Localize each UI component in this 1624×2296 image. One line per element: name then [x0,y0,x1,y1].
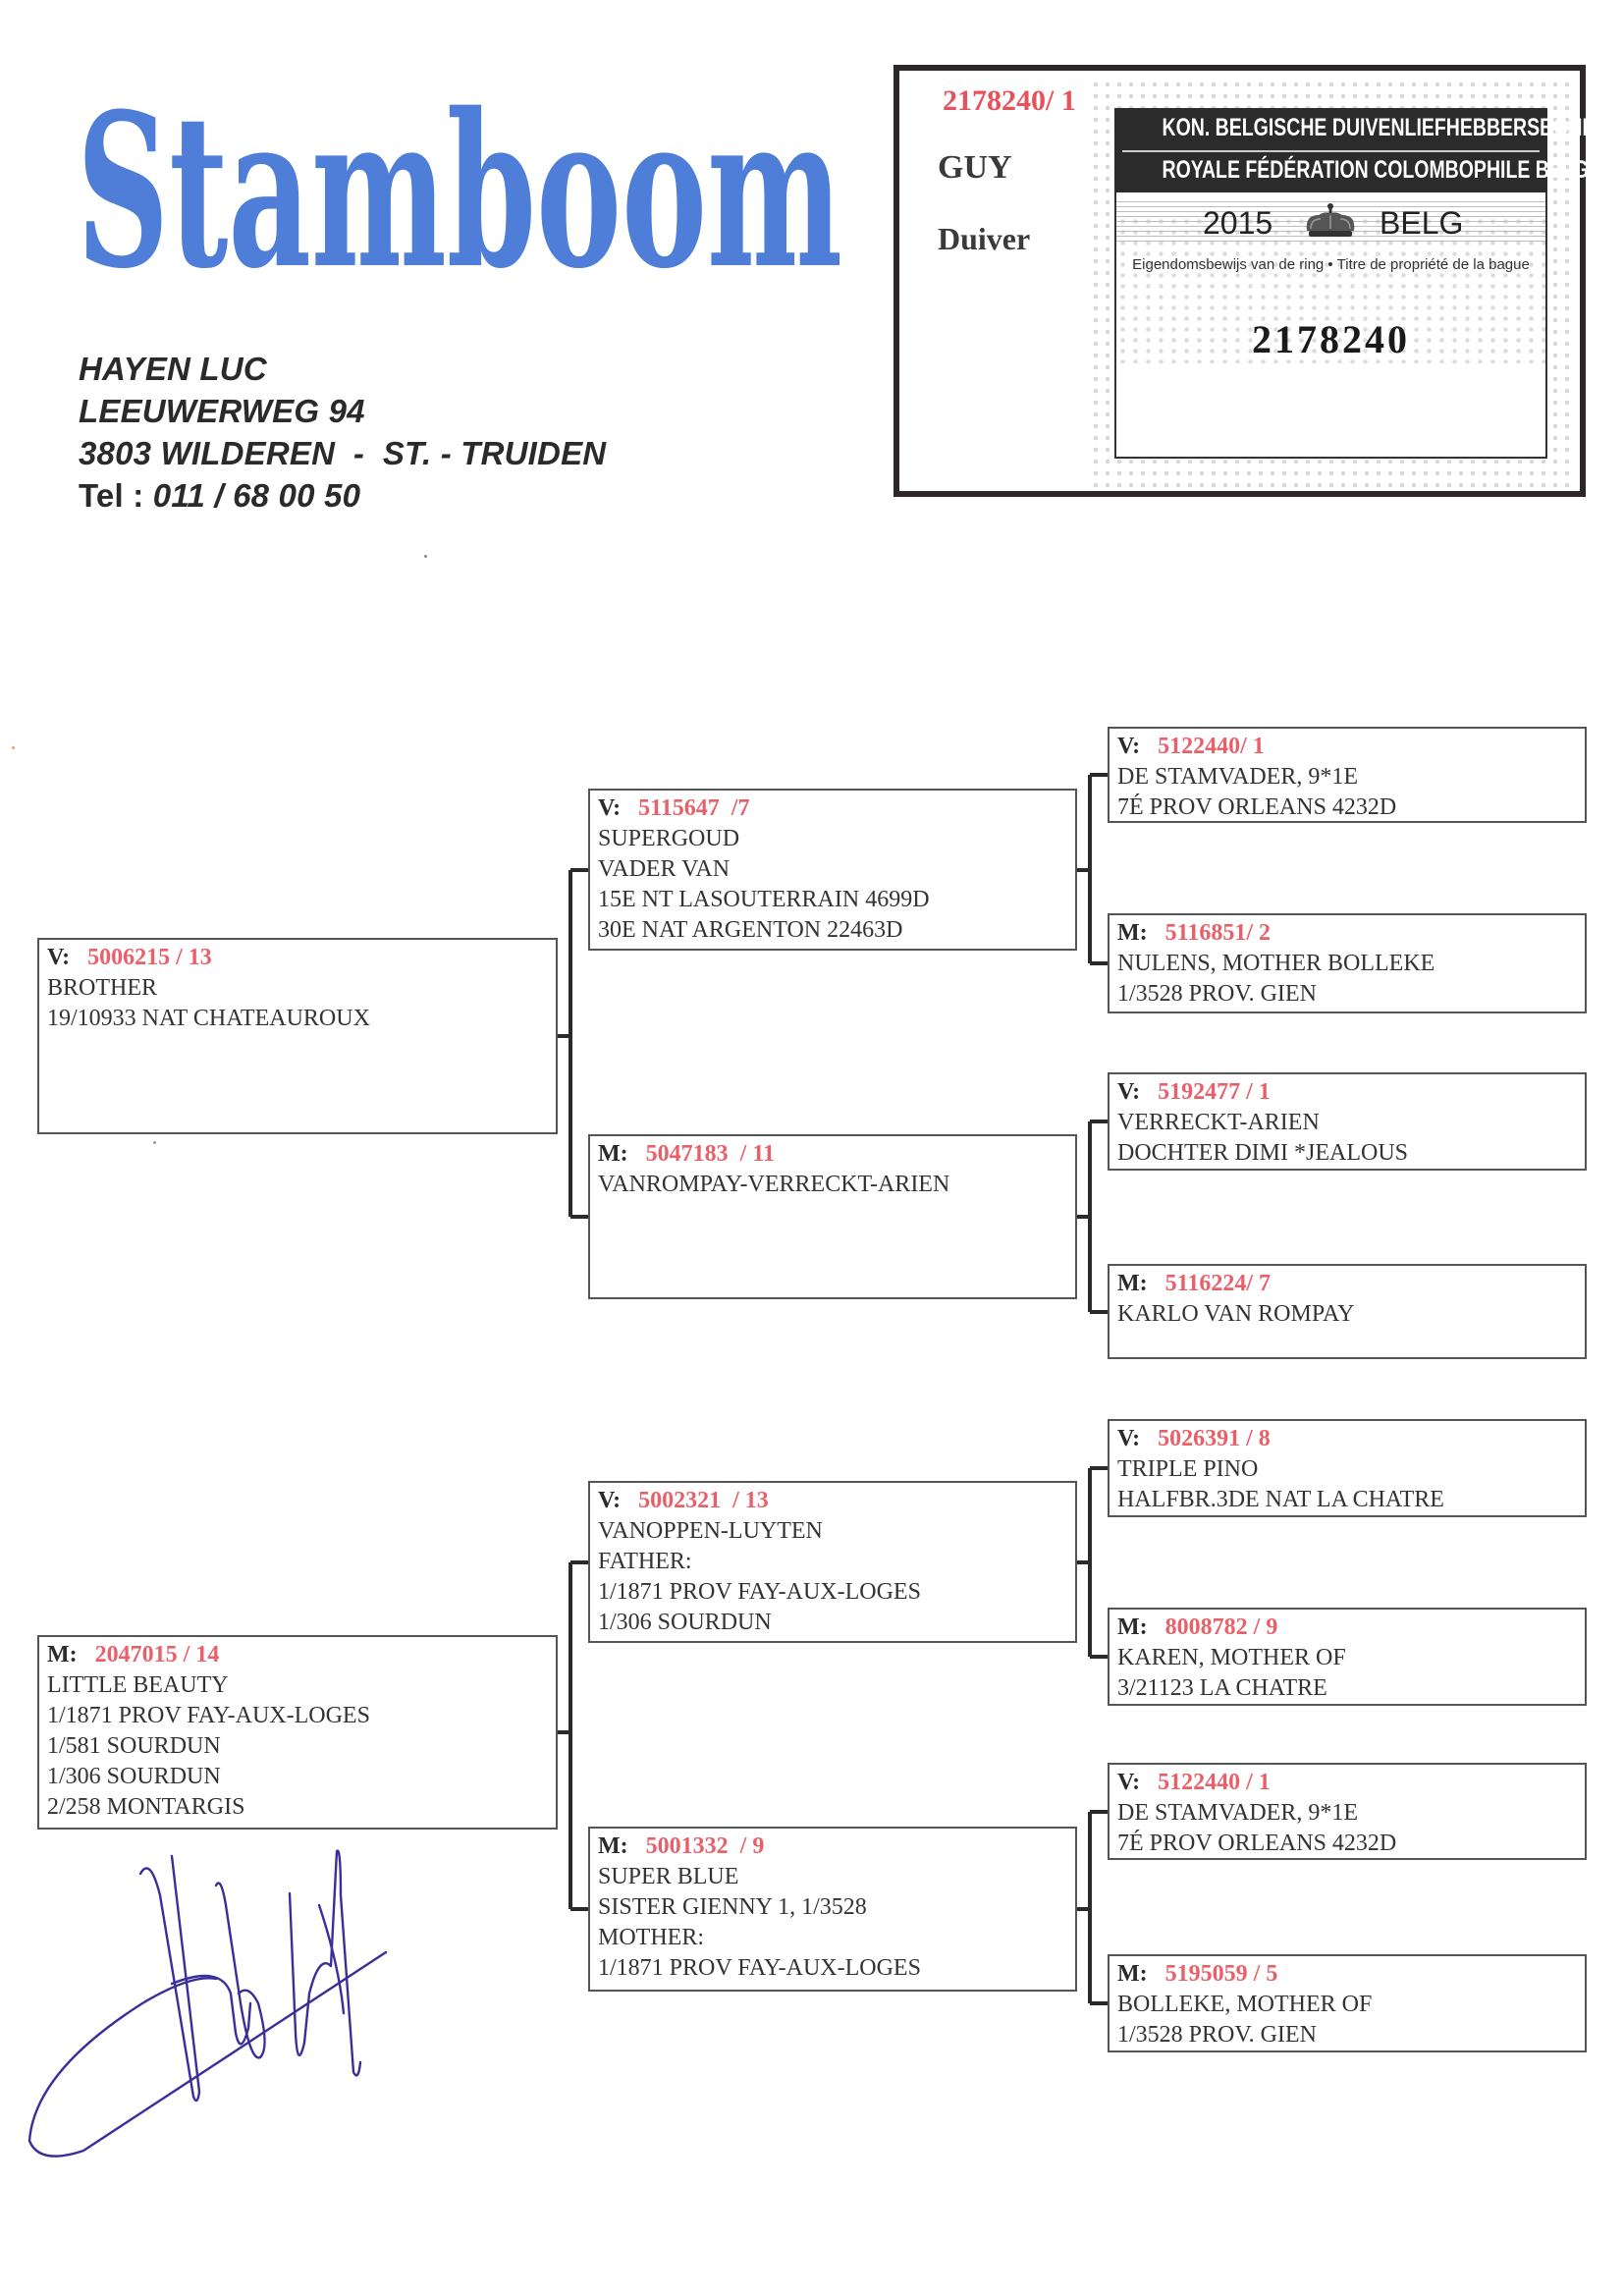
sex-label: M: [1117,1271,1148,1296]
pigeon-header: M: 2047015 / 14 [47,1640,548,1670]
pigeon-detail: DE STAMVADER, 9*1E [1117,762,1577,793]
federation-name-fr: ROYALE FÉDÉRATION COLOMBOPHILE BELGE [1163,156,1500,185]
tree-connector [568,1562,572,1910]
pedigree-box-great-grandparent: M: 5116851/ 2NULENS, MOTHER BOLLEKE1/352… [1108,913,1587,1013]
ring-number: 5001332 / 9 [646,1833,765,1859]
tree-connector [1090,1810,1108,1814]
pigeon-detail: 30E NAT ARGENTON 22463D [598,915,1067,946]
pedigree-box-parent: V: 5006215 / 13BROTHER19/10933 NAT CHATE… [37,938,558,1134]
sex-label: M: [1117,1961,1148,1987]
document-title: Stamboom [69,54,854,309]
pigeon-detail: FATHER: [598,1547,1067,1577]
pigeon-header: V: 5192477 / 1 [1117,1077,1577,1108]
pedigree-box-great-grandparent: V: 5026391 / 8TRIPLE PINOHALFBR.3DE NAT … [1108,1419,1587,1517]
pigeon-detail: BROTHER [47,973,548,1004]
tree-connector [1090,1466,1108,1470]
pigeon-header: M: 5047183 / 11 [598,1139,1067,1170]
spacer [1148,1961,1165,1987]
sex-label: V: [598,795,621,821]
tree-connector [1088,775,1092,963]
pigeon-detail: 15E NT LASOUTERRAIN 4699D [598,885,1067,915]
pigeon-detail: 1/581 SOURDUN [47,1731,548,1762]
owner-name: HAYEN LUC [79,351,267,388]
pedigree-box-grandparent: V: 5115647 /7SUPERGOUDVADER VAN15E NT LA… [588,789,1077,951]
pigeon-detail: SISTER GIENNY 1, 1/3528 [598,1892,1067,1923]
pedigree-box-parent: M: 2047015 / 14LITTLE BEAUTY1/1871 PROV … [37,1635,558,1830]
tree-connector [1088,1812,1092,2004]
owner-city-text: 3803 WILDEREN - ST. - TRUIDEN [79,435,606,471]
owner-street: LEEUWERWEG 94 [79,393,365,430]
pigeon-detail: MOTHER: [598,1923,1067,1953]
spacer [1140,734,1158,759]
spacer [1140,1079,1158,1105]
pigeon-detail: 1/1871 PROV FAY-AUX-LOGES [598,1953,1067,1984]
ring-year: 2015 [1203,205,1272,242]
pigeon-detail: SUPER BLUE [598,1862,1067,1892]
ring-number: 5047183 / 11 [646,1141,775,1167]
pedigree-box-grandparent: M: 5001332 / 9SUPER BLUESISTER GIENNY 1,… [588,1827,1077,1992]
pigeon-detail: KARLO VAN ROMPAY [1117,1299,1577,1330]
pedigree-box-great-grandparent: V: 5122440 / 1DE STAMVADER, 9*1E7É PROV … [1108,1763,1587,1860]
pigeon-ring-code: 2178240/ 1 [943,84,1076,118]
pigeon-name: GUY [938,149,1012,187]
banner-divider [1122,150,1540,152]
pigeon-detail: 3/21123 LA CHATRE [1117,1673,1577,1704]
pigeon-detail: 7É PROV ORLEANS 4232D [1117,793,1577,823]
ring-number: 5115647 /7 [638,795,749,821]
spacer [70,945,87,970]
federation-banner: KON. BELGISCHE DUIVENLIEFHEBBERSBOND ROY… [1114,108,1547,192]
phone-label: Tel : [79,477,153,514]
tree-connector [570,1560,588,1564]
pedigree-box-grandparent: M: 5047183 / 11VANROMPAY-VERRECKT-ARIEN [588,1134,1077,1299]
spacer [1148,1271,1165,1296]
pigeon-detail: 2/258 MONTARGIS [47,1792,548,1823]
svg-text:Stamboom: Stamboom [77,67,842,309]
tree-connector [570,1907,588,1911]
pigeon-header: M: 5001332 / 9 [598,1831,1067,1862]
sex-label: V: [598,1488,621,1513]
pigeon-header: V: 5122440/ 1 [1117,732,1577,762]
tree-connector [1090,773,1108,777]
ring-number: 5122440 / 1 [1158,1770,1271,1795]
sex-label: V: [1117,734,1140,759]
pigeon-header: V: 5115647 /7 [598,793,1067,824]
pigeon-detail: SUPERGOUD [598,824,1067,854]
pigeon-detail: VADER VAN [598,854,1067,885]
tree-connector [1090,1120,1108,1123]
ring-number: 5116851/ 2 [1165,920,1271,946]
pigeon-detail: KAREN, MOTHER OF [1117,1643,1577,1673]
pigeon-detail: VANOPPEN-LUYTEN [598,1516,1067,1547]
pigeon-detail: VERRECKT-ARIEN [1117,1108,1577,1138]
ring-number: 5122440/ 1 [1158,734,1265,759]
sex-label: V: [1117,1426,1140,1451]
tree-connector [1090,961,1108,965]
tree-connector [570,868,588,872]
pigeon-detail: BOLLEKE, MOTHER OF [1117,1990,1577,2020]
pigeon-detail: DE STAMVADER, 9*1E [1117,1798,1577,1829]
federation-name-nl: KON. BELGISCHE DUIVENLIEFHEBBERSBOND [1163,114,1500,142]
ring-country: BELG [1380,205,1463,242]
tree-connector [1088,1121,1092,1312]
sex-label: M: [1117,920,1148,946]
pigeon-detail: LITTLE BEAUTY [47,1670,548,1701]
pedigree-box-great-grandparent: V: 5192477 / 1VERRECKT-ARIENDOCHTER DIMI… [1108,1072,1587,1171]
pigeon-detail: NULENS, MOTHER BOLLEKE [1117,949,1577,979]
owner-phone: Tel : 011 / 68 00 50 [79,477,360,515]
tree-connector [568,870,572,1218]
spacer [628,1141,646,1167]
spacer [621,795,638,821]
pigeon-header: V: 5122440 / 1 [1117,1768,1577,1798]
pigeon-header: M: 5116224/ 7 [1117,1269,1577,1299]
sex-label: M: [47,1642,78,1667]
pigeon-header: V: 5026391 / 8 [1117,1424,1577,1454]
sex-label: V: [47,945,70,970]
crown-icon [1301,201,1360,243]
spacer [628,1833,646,1859]
owner-signature [25,1846,407,2170]
pedigree-box-grandparent: V: 5002321 / 13VANOPPEN-LUYTENFATHER:1/1… [588,1481,1077,1643]
spacer [1148,1614,1165,1640]
tree-connector [1090,1655,1108,1659]
pigeon-detail: TRIPLE PINO [1117,1454,1577,1485]
pigeon-detail: 19/10933 NAT CHATEAUROUX [47,1004,548,1034]
pigeon-header: M: 8008782 / 9 [1117,1613,1577,1643]
pigeon-header: V: 5002321 / 13 [598,1486,1067,1516]
ownership-legend: Eigendomsbewijs van de ring • Titre de p… [1116,256,1545,273]
pedigree-box-great-grandparent: V: 5122440/ 1DE STAMVADER, 9*1E7É PROV O… [1108,727,1587,823]
spacer [621,1488,638,1513]
pigeon-sex: Duiver [938,221,1030,257]
sex-label: M: [1117,1614,1148,1640]
spacer [78,1642,95,1667]
pigeon-detail: 1/1871 PROV FAY-AUX-LOGES [47,1701,548,1731]
sex-label: M: [598,1833,628,1859]
tree-connector [1090,1310,1108,1314]
pigeon-detail: 1/3528 PROV. GIEN [1117,2020,1577,2050]
ring-number: 5006215 / 13 [87,945,212,970]
pigeon-header: V: 5006215 / 13 [47,943,548,973]
pedigree-box-great-grandparent: M: 5116224/ 7KARLO VAN ROMPAY [1108,1264,1587,1359]
pigeon-detail: VANROMPAY-VERRECKT-ARIEN [598,1170,1067,1200]
ring-number: 5195059 / 5 [1165,1961,1278,1987]
pigeon-header: M: 5195059 / 5 [1117,1959,1577,1990]
ring-number: 2178240 [1116,316,1545,362]
spacer [1140,1426,1158,1451]
sex-label: M: [598,1141,628,1167]
spacer [1140,1770,1158,1795]
ring-number: 5026391 / 8 [1158,1426,1271,1451]
ring-number: 2047015 / 14 [95,1642,220,1667]
sex-label: V: [1117,1770,1140,1795]
ring-number: 5116224/ 7 [1165,1271,1271,1296]
pedigree-box-great-grandparent: M: 8008782 / 9KAREN, MOTHER OF3/21123 LA… [1108,1608,1587,1706]
pigeon-detail: DOCHTER DIMI *JEALOUS [1117,1138,1577,1169]
pigeon-detail: HALFBR.3DE NAT LA CHATRE [1117,1485,1577,1515]
tree-connector [570,1215,588,1219]
owner-city: 3803 WILDEREN - ST. - TRUIDEN [79,435,606,472]
pigeon-detail: 7É PROV ORLEANS 4232D [1117,1829,1577,1859]
tree-connector [1088,1468,1092,1657]
pigeon-detail: 1/306 SOURDUN [47,1762,548,1792]
pedigree-box-great-grandparent: M: 5195059 / 5BOLLEKE, MOTHER OF1/3528 P… [1108,1954,1587,2052]
tree-connector [1090,2001,1108,2005]
phone-number: 011 / 68 00 50 [153,477,360,514]
ring-number: 5192477 / 1 [1158,1079,1271,1105]
ring-number: 8008782 / 9 [1165,1614,1278,1640]
pigeon-detail: 1/306 SOURDUN [598,1608,1067,1638]
spacer [1148,920,1165,946]
ring-number: 5002321 / 13 [638,1488,769,1513]
sex-label: V: [1117,1079,1140,1105]
pigeon-detail: 1/1871 PROV FAY-AUX-LOGES [598,1577,1067,1608]
pigeon-header: M: 5116851/ 2 [1117,918,1577,949]
pigeon-detail: 1/3528 PROV. GIEN [1117,979,1577,1010]
